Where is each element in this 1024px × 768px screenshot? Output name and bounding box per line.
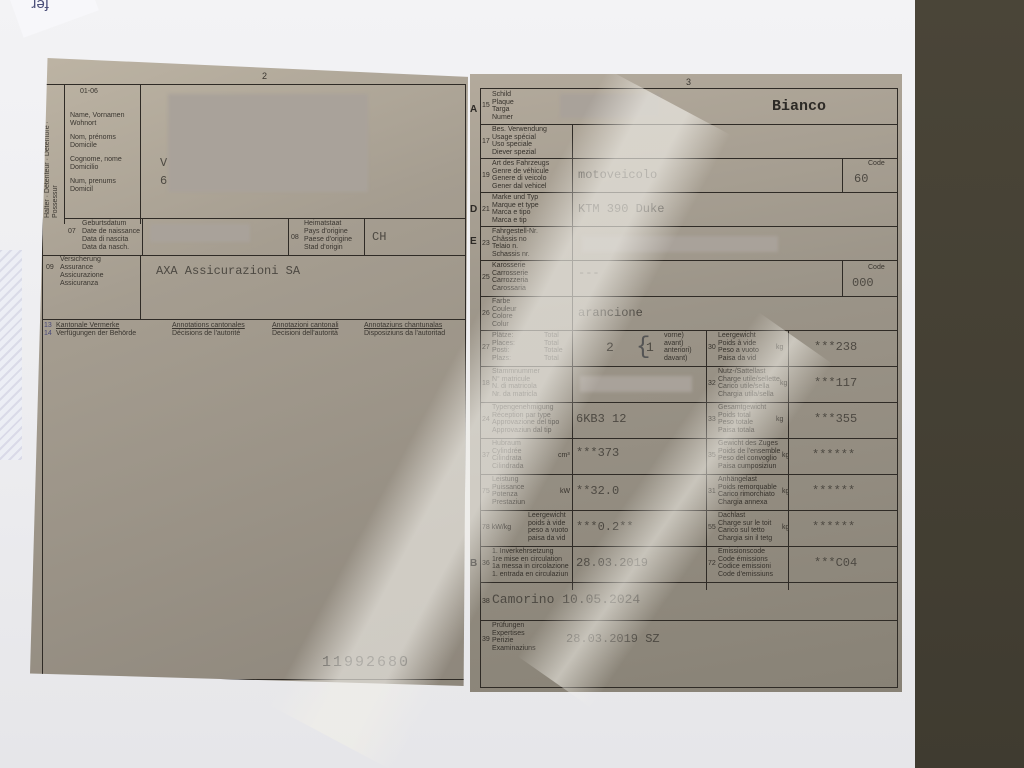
seats-cell: 27 Plätze: Places: Posti: Plazs: Total T… [480,330,706,367]
dark-table-surface [915,0,1024,768]
first-registration-cell: 36 1. Inverkehrsetzung 1re mise en circu… [480,546,706,583]
seats-total-value: 2 [606,340,614,355]
divider [42,319,466,320]
field-num-25: 25 [482,274,490,281]
first-registration-labels: 1. Inverkehrsetzung 1re mise en circulat… [492,548,569,578]
field-num-27: 27 [482,344,490,351]
seats-labels: Plätze: Places: Posti: Plazs: [492,332,515,362]
serial-number: 11992680 [322,654,410,671]
weight-row: 55 DachlastCharge sur le toitCarico sul … [706,510,898,547]
field-num-07: 07 [68,228,76,236]
unit-kg: kg [782,488,789,496]
plate-labels: Schild Plaque Targa Numer [492,91,514,121]
power-weight-value: ***0.2** [576,520,634,534]
color-value: arancione [578,306,643,320]
towing-capacity-value: ****** [812,484,855,498]
field-num: 33 [708,416,716,423]
field-num-37: 37 [482,452,490,459]
power-weight-cell: 78 kW/kg Leergewicht poids à vide peso a… [480,510,706,547]
empty-weight-value: ***238 [814,340,857,354]
unit-cm3: cm³ [558,452,570,460]
total-weight-value: ***355 [814,412,857,426]
unit-kg: kg [782,524,789,532]
unit-kw: kW [560,488,570,496]
payload-value: ***117 [814,376,857,390]
divider [140,84,141,224]
chassis-labels: Fahrgestell-Nr. Châssis no Telaio n. Sch… [492,228,538,258]
weight-labels: AnhängelastPoids remorquableCarico rimor… [718,476,777,506]
divider [64,84,65,224]
divider [572,192,573,226]
weight-labels: EmissionscodeCode émissionsCodice emissi… [718,548,773,578]
plate-color-value: Bianco [772,98,826,115]
weight-row: 31 AnhängelastPoids remorquableCarico ri… [706,474,898,511]
train-weight-value: ****** [812,448,855,462]
divider [572,124,573,158]
field-num: 35 [708,452,716,459]
code-label: Code [868,160,885,168]
divider [572,158,573,192]
divider [42,255,466,256]
field-num-09: 09 [46,264,54,272]
letter-b: B [470,558,477,569]
field-num-21: 21 [482,206,490,213]
redacted-holder-name [168,94,368,192]
vehicle-type-value: motoveicolo [578,168,657,182]
roof-load-value: ****** [812,520,855,534]
field-num-19: 19 [482,172,490,179]
unit-kg: kg [776,344,783,352]
make-model-labels: Marke und Typ Marque et type Marca e tip… [492,194,539,224]
origin-labels: Heimatstaat Pays d'origine Paese d'origi… [304,220,352,252]
matriculation-labels: Stammnummer N° matricule N. di matricola… [492,368,540,398]
section-code: 01-06 [80,88,98,96]
displacement-labels: Hubraum Cylindrée Cilindrata Cilindrada [492,440,524,470]
seats-front-value: 1 [646,340,654,355]
annotations-fr: Annotations cantonales Décisions de l'au… [172,322,245,338]
field-num-78: 78 kW/kg [482,524,511,531]
field-num-15: 15 [482,102,490,109]
weight-labels: LeergewichtPoids à videPeso a vuotoPaisa… [718,332,759,362]
field-num-18: 18 [482,380,490,387]
vehicle-registration-right-page: 3 A D E B 15 Schild Plaque Targa Numer B… [470,74,902,692]
holder-vertical-label: Halter · Détenteur · Detentore · Possess… [44,98,62,218]
background-sketch-paper [0,250,22,460]
field-num-36: 36 [482,560,490,567]
page-number: 2 [262,72,267,80]
chassis-row: 23 Fahrgestell-Nr. Châssis no Telaio n. … [480,226,898,261]
seats-total-labels: Total Total Totale Total [544,332,563,362]
insurance-labels: Versicherung Assurance Assicurazione Ass… [60,256,104,288]
place-date-value: Camorino 10.05.2024 [492,592,640,607]
annotations-it: Annotazioni cantonali Decisioni dell'aut… [272,322,339,338]
divider [142,218,143,256]
field-num: 72 [708,560,716,567]
holder-value-line1: V [160,156,167,170]
make-model-row: 21 Marke und Typ Marque et type Marca e … [480,192,898,227]
redacted-birth-date [150,224,250,242]
displacement-value: ***373 [576,446,619,460]
weight-labels: Nutz-/SattellastCharge utile/selletteCar… [718,368,780,398]
body-row: 25 Karosserie Carrosserie Carrozzeria Ca… [480,260,898,297]
redacted-chassis-number [582,236,778,252]
field-num: 31 [708,488,716,495]
vehicle-type-row: 19 Art des Fahrzeugs Genre de véhicule G… [480,158,898,193]
weight-labels: Gewicht des ZugesPoids de l'ensemblePeso… [718,440,780,470]
unit-kg: kg [776,416,783,424]
field-num-26: 26 [482,310,490,317]
weight-row: 32 Nutz-/SattellastCharge utile/sellette… [706,366,898,403]
divider [842,260,843,296]
inspections-value: 28.03.2019 SZ [566,632,660,646]
unit-kg: kg [780,380,787,388]
special-use-row: 17 Bes. Verwendung Usage spécial Uso spe… [480,124,898,159]
first-registration-value: 28.03.2019 [576,556,648,570]
unit-kg: kg [782,452,789,460]
divider [572,260,573,296]
holder-labels: Name, Vornamen Wohnort Nom, prénoms Domi… [70,112,124,194]
inspections-cell: 39 Prüfungen Expertises Perizie Examinaz… [480,620,898,688]
divider [364,218,365,256]
place-date-row: 38 Camorino 10.05.2024 [480,582,898,621]
type-approval-cell: 24 Typengenehmigung Réception par type A… [480,402,706,439]
field-num-08: 08 [291,234,299,242]
power-labels: Leistung Puissance Potenza Prestaziun [492,476,525,506]
redacted-plate-number [560,94,660,118]
divider [842,158,843,192]
letter-e: E [470,236,477,247]
inspections-labels: Prüfungen Expertises Perizie Examinaziun… [492,622,536,652]
power-cell: 75 Leistung Puissance Potenza Prestaziun… [480,474,706,511]
field-num-38: 38 [482,598,490,605]
body-code: 000 [852,276,874,290]
field-num: 55 [708,524,716,531]
vehicle-type-labels: Art des Fahrzeugs Genre de véhicule Gene… [492,160,549,190]
field-num-75: 75 [482,488,490,495]
field-num-17: 17 [482,138,490,145]
field-num: 30 [708,344,716,351]
vehicle-type-code: 60 [854,172,868,186]
weight-row: 72 EmissionscodeCode émissionsCodice emi… [706,546,898,583]
redacted-matriculation-number [580,376,692,392]
color-labels: Farbe Couleur Colore Colur [492,298,517,328]
holder-value-line2: 6 [160,174,167,188]
type-approval-value: 6KB3 12 [576,412,626,426]
annotations-nums: 13 14 [44,322,52,338]
weight-labels: DachlastCharge sur le toitCarico sul tet… [718,512,772,542]
displacement-cell: 37 Hubraum Cylindrée Cilindrata Cilindra… [480,438,706,475]
divider [572,226,573,260]
weight-row: 33 GesamtgewichtPoids totalPeso totalePa… [706,402,898,439]
annotations-de: Kantonale Vermerke Verfügungen der Behör… [56,322,136,338]
birth-labels: Geburtsdatum Date de naissance Data di n… [82,220,140,252]
page-number: 3 [686,78,691,86]
make-model-value: KTM 390 Duke [578,202,664,216]
power-weight-labels: Leergewicht poids à vide peso a vuoto pa… [528,512,568,542]
origin-value: CH [372,230,386,244]
field-num-39: 39 [482,636,490,643]
seats-front-labels: vorne) avant) anteriori) davant) [664,332,692,362]
weight-row: 35 Gewicht des ZugesPoids de l'ensembleP… [706,438,898,475]
emission-code-value: ***C04 [814,556,857,570]
code-label: Code [868,264,885,272]
color-row: 26 Farbe Couleur Colore Colur arancione [480,296,898,331]
body-value: --- [578,266,600,280]
weight-row: 30 LeergewichtPoids à videPeso a vuotoPa… [706,330,898,367]
annotations-rm: Annotaziuns chantunalas Disposiziuns da … [364,322,445,338]
vehicle-registration-left-page: 2 Halter · Détenteur · Detentore · Posse… [30,58,468,686]
body-labels: Karosserie Carrosserie Carrozzeria Caros… [492,262,528,292]
divider [288,218,289,256]
field-num: 32 [708,380,716,387]
letter-d: D [470,204,477,215]
weight-labels: GesamtgewichtPoids totalPeso totalePaisa… [718,404,766,434]
divider [140,255,141,319]
plate-row: 15 Schild Plaque Targa Numer Bianco [480,88,898,125]
letter-a: A [470,104,477,115]
power-value: **32.0 [576,484,619,498]
insurance-value: AXA Assicurazioni SA [156,264,300,278]
special-use-labels: Bes. Verwendung Usage spécial Uso specia… [492,126,547,156]
field-num-23: 23 [482,240,490,247]
field-num-24: 24 [482,416,490,423]
type-approval-labels: Typengenehmigung Réception par type Appr… [492,404,559,434]
divider [572,296,573,330]
matriculation-cell: 18 Stammnummer N° matricule N. di matric… [480,366,706,403]
